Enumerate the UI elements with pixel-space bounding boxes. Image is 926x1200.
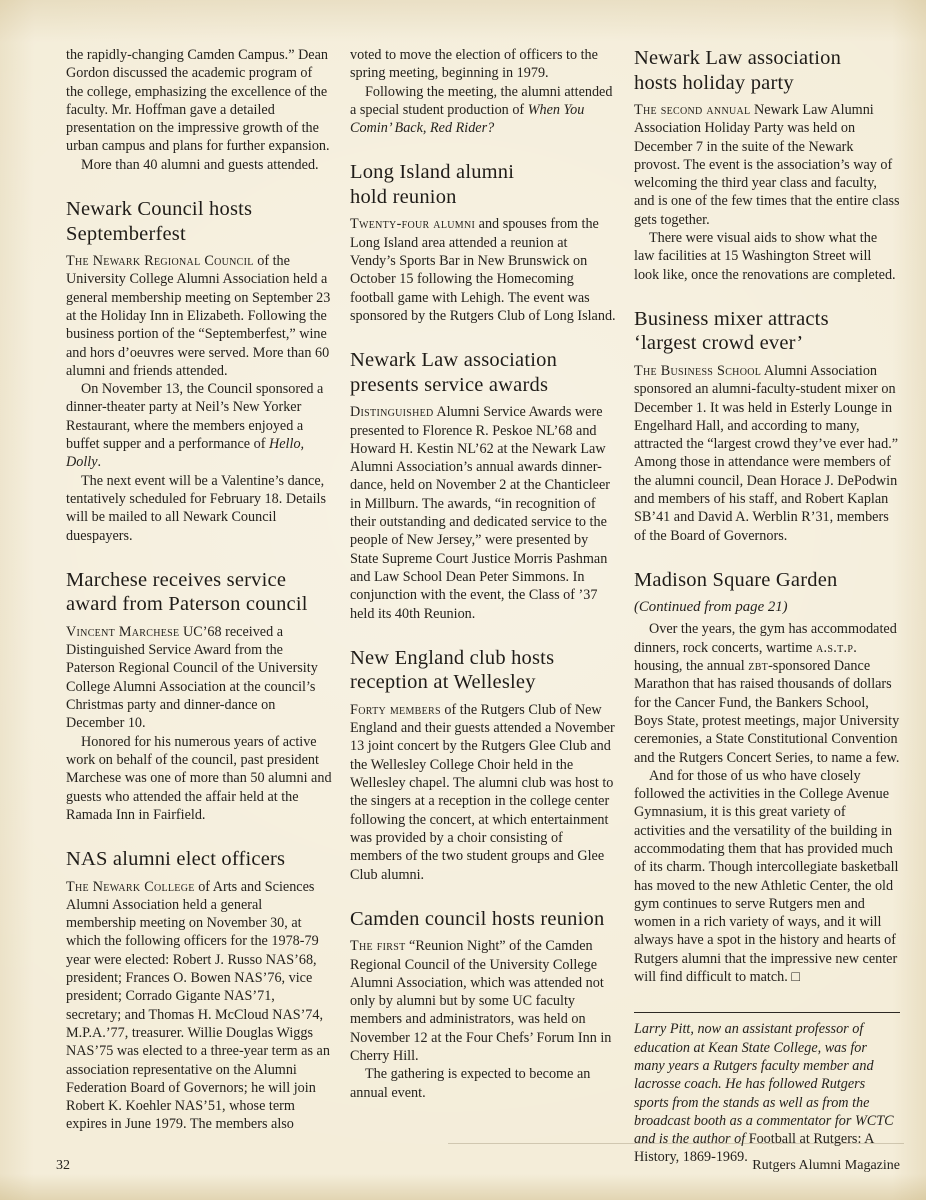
article: Madison Square Garden(Continued from pag… — [634, 568, 900, 986]
article-heading: Long Island alumnihold reunion — [350, 160, 616, 209]
magazine-title: Rutgers Alumni Magazine — [752, 1157, 900, 1175]
article: Long Island alumnihold reunionTwenty-fou… — [350, 160, 616, 325]
article: Newark Council hostsSeptemberfestThe New… — [66, 197, 332, 545]
article-heading: Marchese receives serviceaward from Pate… — [66, 568, 332, 617]
article-heading: New England club hostsreception at Welle… — [350, 646, 616, 695]
footer-rule — [448, 1143, 904, 1144]
article-continuation: the rapidly-changing Camden Campus.” Dea… — [66, 46, 332, 174]
article: NAS alumni elect officersThe Newark Coll… — [66, 847, 332, 1134]
article: Newark Law associationhosts holiday part… — [634, 46, 900, 284]
paragraph: The Newark College of Arts and Sciences … — [66, 878, 332, 1134]
paragraph: The gathering is expected to become an a… — [350, 1065, 616, 1102]
article-heading: Newark Council hostsSeptemberfest — [66, 197, 332, 246]
article: Newark Law associationpresents service a… — [350, 348, 616, 623]
paragraph: Twenty-four alumni and spouses from the … — [350, 215, 616, 325]
columns-container: the rapidly-changing Camden Campus.” Dea… — [66, 46, 900, 1190]
paragraph: And for those of us who have closely fol… — [634, 767, 900, 987]
article: New England club hostsreception at Welle… — [350, 646, 616, 884]
article-heading: Newark Law associationhosts holiday part… — [634, 46, 900, 95]
article-heading: Business mixer attracts‘largest crowd ev… — [634, 307, 900, 356]
article-heading: Camden council hosts reunion — [350, 907, 616, 932]
article-subheading: (Continued from page 21) — [634, 598, 900, 617]
article-heading: NAS alumni elect officers — [66, 847, 332, 872]
paragraph: The Newark Regional Council of the Unive… — [66, 252, 332, 380]
article-heading: Madison Square Garden — [634, 568, 900, 593]
paragraph: Following the meeting, the alumni attend… — [350, 83, 616, 138]
article: Camden council hosts reunionThe first “R… — [350, 907, 616, 1102]
article-continuation: voted to move the election of officers t… — [350, 46, 616, 137]
paragraph: Forty members of the Rutgers Club of New… — [350, 701, 616, 884]
page-number: 32 — [56, 1157, 70, 1175]
article: Business mixer attracts‘largest crowd ev… — [634, 307, 900, 545]
magazine-page: the rapidly-changing Camden Campus.” Dea… — [0, 0, 926, 1200]
paragraph: Distinguished Alumni Service Awards were… — [350, 403, 616, 623]
paragraph: Vincent Marchese UC’68 received a Distin… — [66, 623, 332, 733]
paragraph: voted to move the election of officers t… — [350, 46, 616, 83]
paragraph: The first “Reunion Night” of the Camden … — [350, 937, 616, 1065]
column-3: Newark Law associationhosts holiday part… — [634, 46, 900, 1190]
paragraph: The next event will be a Valentine’s dan… — [66, 472, 332, 545]
paragraph: The second annual Newark Law Alumni Asso… — [634, 101, 900, 229]
paragraph: the rapidly-changing Camden Campus.” Dea… — [66, 46, 332, 156]
column-2: voted to move the election of officers t… — [350, 46, 616, 1190]
column-1: the rapidly-changing Camden Campus.” Dea… — [66, 46, 332, 1190]
paragraph: The Business School Alumni Association s… — [634, 362, 900, 545]
article: Marchese receives serviceaward from Pate… — [66, 568, 332, 824]
paragraph: On November 13, the Council sponsored a … — [66, 380, 332, 471]
paragraph: Over the years, the gym has accommodated… — [634, 620, 900, 766]
paragraph: Honored for his numerous years of active… — [66, 733, 332, 824]
article-heading: Newark Law associationpresents service a… — [350, 348, 616, 397]
paragraph: More than 40 alumni and guests attended. — [66, 156, 332, 174]
paragraph: There were visual aids to show what the … — [634, 229, 900, 284]
paragraph: Larry Pitt, now an assistant professor o… — [634, 1020, 900, 1166]
